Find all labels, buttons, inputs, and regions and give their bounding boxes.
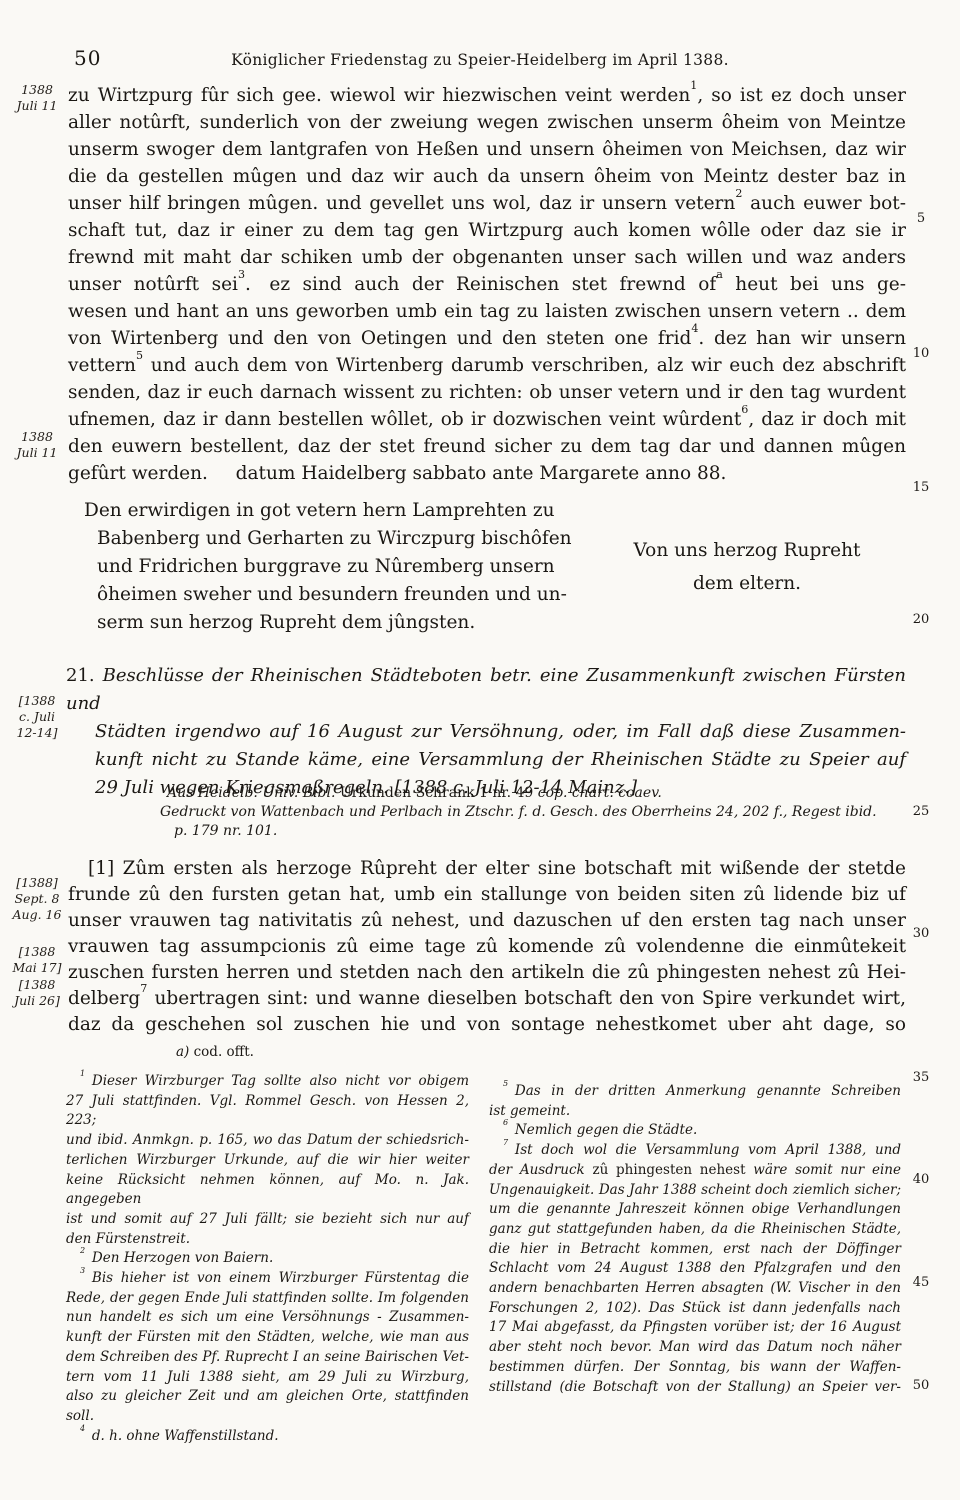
section-21-heading: 21. Beschlüsse der Rheinischen Städtebot… xyxy=(66,662,906,802)
line-number-5: 5 xyxy=(906,211,936,226)
line-number-35: 35 xyxy=(906,1070,936,1085)
line-number-30: 30 xyxy=(906,926,936,941)
margin-date-note-4: [1388]Sept. 8Aug. 16 xyxy=(6,875,68,923)
footnote-2: 2 Den Herzogen von Baiern. xyxy=(66,1249,469,1269)
line-number-15: 15 xyxy=(906,480,936,495)
footnote-3: 3 Bis hieher ist von einem Wirzburger Fü… xyxy=(66,1269,469,1427)
book-page: 50 Königlicher Friedenstag zu Speier-Hei… xyxy=(0,0,960,1500)
line-number-45: 45 xyxy=(906,1275,936,1290)
line-number-10: 10 xyxy=(906,346,936,361)
margin-date-note-1: 1388Juli 11 xyxy=(6,82,68,114)
letter-address: Den erwirdigen in got vetern hern Lampre… xyxy=(84,497,624,637)
line-number-50: 50 xyxy=(906,1378,936,1393)
section-21-paragraph-1: [1] Zûm ersten als herzoge Rûpreht der e… xyxy=(68,856,906,1038)
footnote-7: 7 Ist doch wol die Versammlung vom April… xyxy=(489,1141,901,1397)
margin-date-note-5: [1388Mai 17] xyxy=(6,944,68,976)
running-header: Königlicher Friedenstag zu Speier-Heidel… xyxy=(0,51,960,69)
footnote-6: 6 Nemlich gegen die Städte. xyxy=(489,1121,901,1141)
footnote-1: 1 Dieser Wirzburger Tag sollte also nich… xyxy=(66,1072,469,1249)
letter-body: zu Wirtzpurg fûr sich gee. wiewol wir hi… xyxy=(68,82,906,487)
footnote-5: 5 Das in der dritten Anmerkung genannte … xyxy=(489,1082,901,1121)
margin-date-note-3: [1388c. Juli12-14] xyxy=(6,693,68,741)
margin-date-note-2: 1388Juli 11 xyxy=(6,429,68,461)
line-number-40: 40 xyxy=(906,1172,936,1187)
footnotes-right-column: 5 Das in der dritten Anmerkung genannte … xyxy=(489,1082,901,1397)
line-number-25: 25 xyxy=(906,804,936,819)
footnote-4: 4 d. h. ohne Waffenstillstand. xyxy=(66,1427,469,1447)
footnotes-left-column: 1 Dieser Wirzburger Tag sollte also nich… xyxy=(66,1072,469,1446)
margin-date-note-6: [1388Juli 26] xyxy=(6,977,68,1009)
apparatus-note-a: a) cod. offt. xyxy=(176,1044,254,1060)
source-note: Aus Heidelb. Univ. Bibl. Urkunden Schran… xyxy=(160,784,905,841)
letter-sender: Von uns herzog Ruprehtdem eltern. xyxy=(615,534,879,600)
line-number-20: 20 xyxy=(906,612,936,627)
